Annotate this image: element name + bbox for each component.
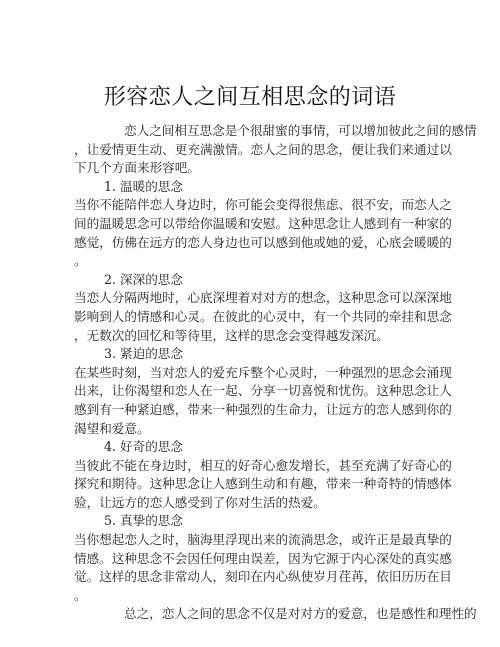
paragraph-line: 当你不能陪伴恋人身边时，你可能会变得很焦虑、很不安，而恋人之 xyxy=(74,196,434,215)
paragraph-line: ，无数次的回忆和等待里，这样的思念会变得越发深沉。 xyxy=(74,327,434,346)
paragraph-line: ，让爱情更生动、更充满激情。恋人之间的思念，便让我们来通过以 xyxy=(74,141,434,160)
section-heading: 5. 真挚的思念 xyxy=(74,512,434,531)
paragraph-line: 总之，恋人之间的思念不仅是对对方的爱意，也是感性和理性的 xyxy=(74,605,434,624)
section-heading: 2. 深深的思念 xyxy=(74,271,434,290)
paragraph-line: 出来，让你渴望和恋人在一起、分享一切喜悦和忧伤。这种思念让人 xyxy=(74,382,434,401)
paragraph-line: 验，让远方的恋人感受到了你对生活的热爱。 xyxy=(74,494,434,513)
paragraph-line: 觉。这样的思念非常动人，刻印在内心纵使岁月荏苒，依旧历历在目 xyxy=(74,568,434,587)
paragraph-line: 当你想起恋人之时，脑海里浮现出来的流淌思念，或许正是最真挚的 xyxy=(74,531,434,550)
paragraph-line: 。 xyxy=(74,587,434,606)
paragraph-line: 感觉，仿佛在远方的恋人身边也可以感到他或她的爱，心底会暖暖的 xyxy=(74,234,434,253)
section-heading: 3. 紧迫的思念 xyxy=(74,345,434,364)
paragraph-line: 渴望和爱意。 xyxy=(74,420,434,439)
paragraph-line: 当恋人分隔两地时，心底深埋着对对方的想念，这种思念可以深深地 xyxy=(74,289,434,308)
paragraph-line: 感到有一种紧迫感，带来一种强烈的生命力，让远方的恋人感到你的 xyxy=(74,401,434,420)
paragraph-line: 情感。这种思念不会因任何理由误差，因为它源于内心深处的真实感 xyxy=(74,550,434,569)
paragraph-line: 恋人之间相互思念是个很甜蜜的事情，可以增加彼此之间的感情 xyxy=(74,122,434,141)
paragraph-line: 影响到人的情感和心灵。在彼此的心灵中，有一个共同的牵挂和思念 xyxy=(74,308,434,327)
paragraph-line: 间的温暖思念可以带给你温暖和安慰。这种思念让人感到有一种家的 xyxy=(74,215,434,234)
paragraph-line: 。 xyxy=(74,252,434,271)
section-heading: 4. 好奇的思念 xyxy=(74,438,434,457)
document-body: 恋人之间相互思念是个很甜蜜的事情，可以增加彼此之间的感情 ，让爱情更生动、更充满… xyxy=(74,122,434,624)
section-heading: 1. 温暖的思念 xyxy=(74,178,434,197)
paragraph-line: 在某些时刻，当对恋人的爱充斥整个心灵时，一种强烈的思念会涌现 xyxy=(74,364,434,383)
paragraph-line: 探究和期待。这种思念让人感到生动和有趣，带来一种奇特的情感体 xyxy=(74,475,434,494)
document-title: 形容恋人之间互相思念的词语 xyxy=(0,80,500,111)
paragraph-line: 当彼此不能在身边时，相互的好奇心愈发增长，甚至充满了好奇心的 xyxy=(74,457,434,476)
paragraph-line: 下几个方面来形容吧。 xyxy=(74,159,434,178)
